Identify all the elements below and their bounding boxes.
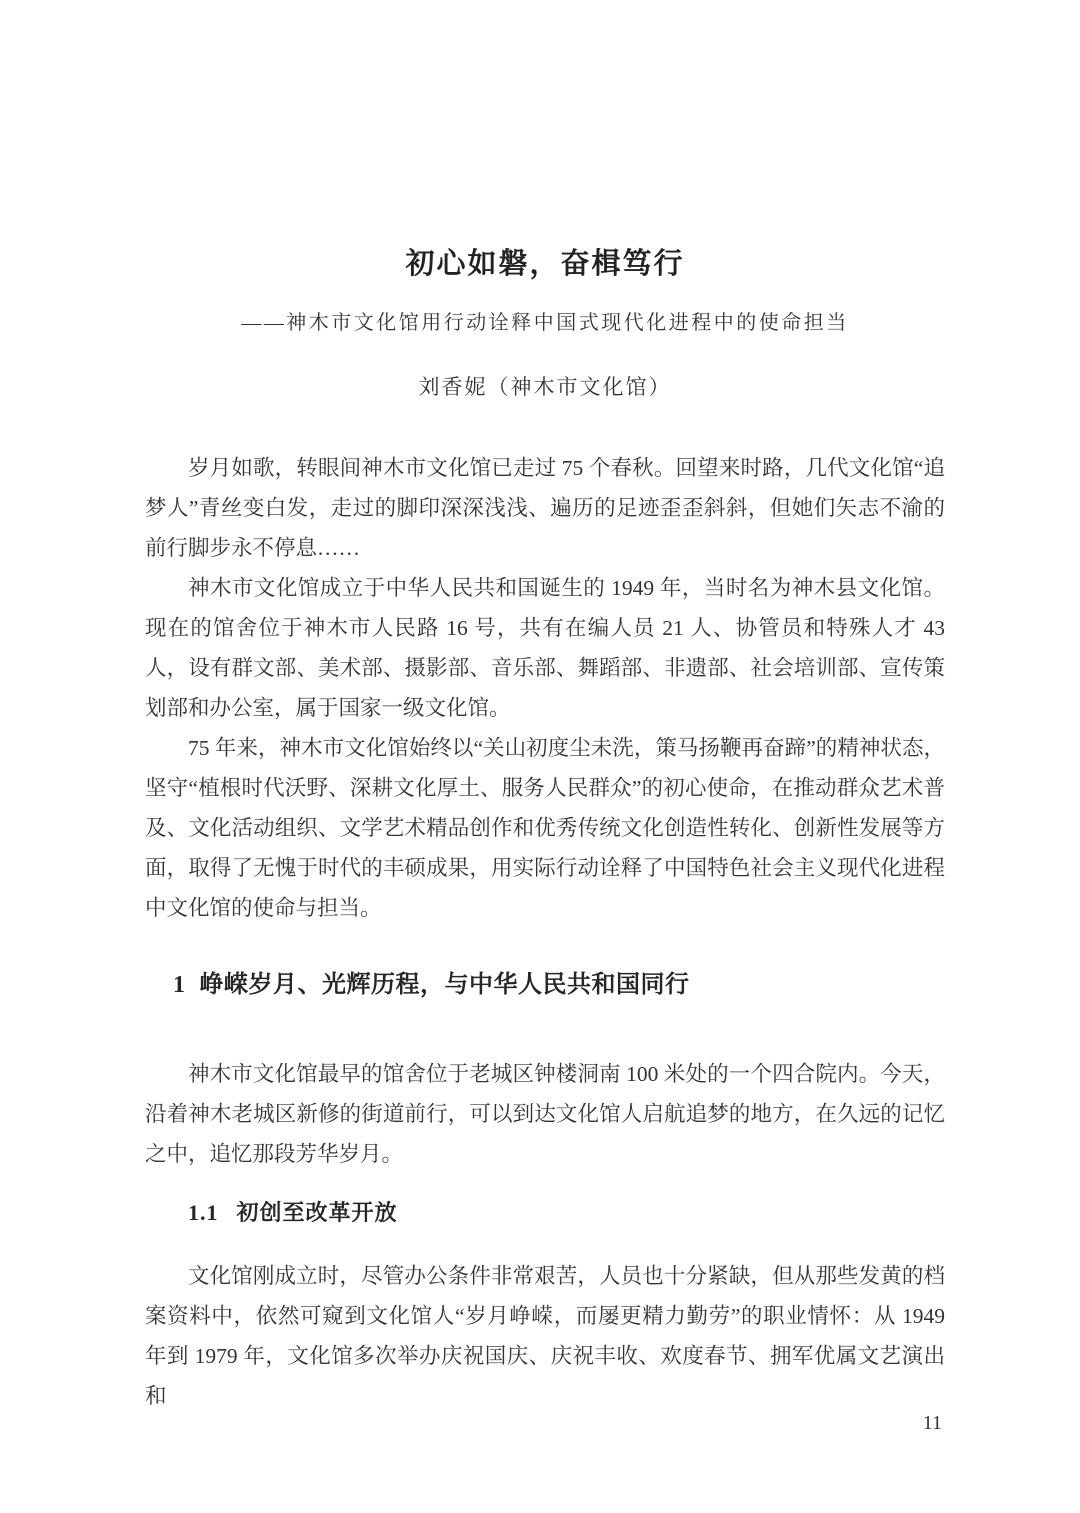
intro-paragraph-2: 神木市文化馆成立于中华人民共和国诞生的 1949 年，当时名为神木县文化馆。现在… xyxy=(145,568,945,728)
section-1-number: 1 xyxy=(173,972,186,998)
intro-paragraph-1: 岁月如歌，转眼间神木市文化馆已走过 75 个春秋。回望来时路，几代文化馆“追梦人… xyxy=(145,448,945,568)
article-content: 初心如磐，奋楫笃行 ——神木市文化馆用行动诠释中国式现代化进程中的使命担当 刘香… xyxy=(145,0,945,1416)
article-byline: 刘香妮（神木市文化馆） xyxy=(145,372,945,402)
subsection-1-1-paragraph: 文化馆刚成立时，尽管办公条件非常艰苦，人员也十分紧缺，但从那些发黄的档案资料中，… xyxy=(145,1256,945,1416)
section-1-heading: 1峥嵘岁月、光辉历程，与中华人民共和国同行 xyxy=(145,968,945,1002)
intro-paragraph-3: 75 年来，神木市文化馆始终以“关山初度尘未洗，策马扬鞭再奋蹄”的精神状态，坚守… xyxy=(145,728,945,928)
page-number: 11 xyxy=(923,1411,942,1435)
subsection-1-1-heading: 1.1初创至改革开放 xyxy=(145,1198,945,1228)
section-1-paragraph: 神木市文化馆最早的馆舍位于老城区钟楼洞南 100 米处的一个四合院内。今天，沿着… xyxy=(145,1054,945,1174)
subsection-1-1-number: 1.1 xyxy=(188,1200,219,1225)
article-subtitle: ——神木市文化馆用行动诠释中国式现代化进程中的使命担当 xyxy=(145,308,945,338)
article-title: 初心如磐，奋楫笃行 xyxy=(145,244,945,284)
document-page: 初心如磐，奋楫笃行 ——神木市文化馆用行动诠释中国式现代化进程中的使命担当 刘香… xyxy=(0,0,1080,1513)
section-1-title: 峥嵘岁月、光辉历程，与中华人民共和国同行 xyxy=(200,971,690,998)
subsection-1-1-title: 初创至改革开放 xyxy=(237,1200,398,1225)
